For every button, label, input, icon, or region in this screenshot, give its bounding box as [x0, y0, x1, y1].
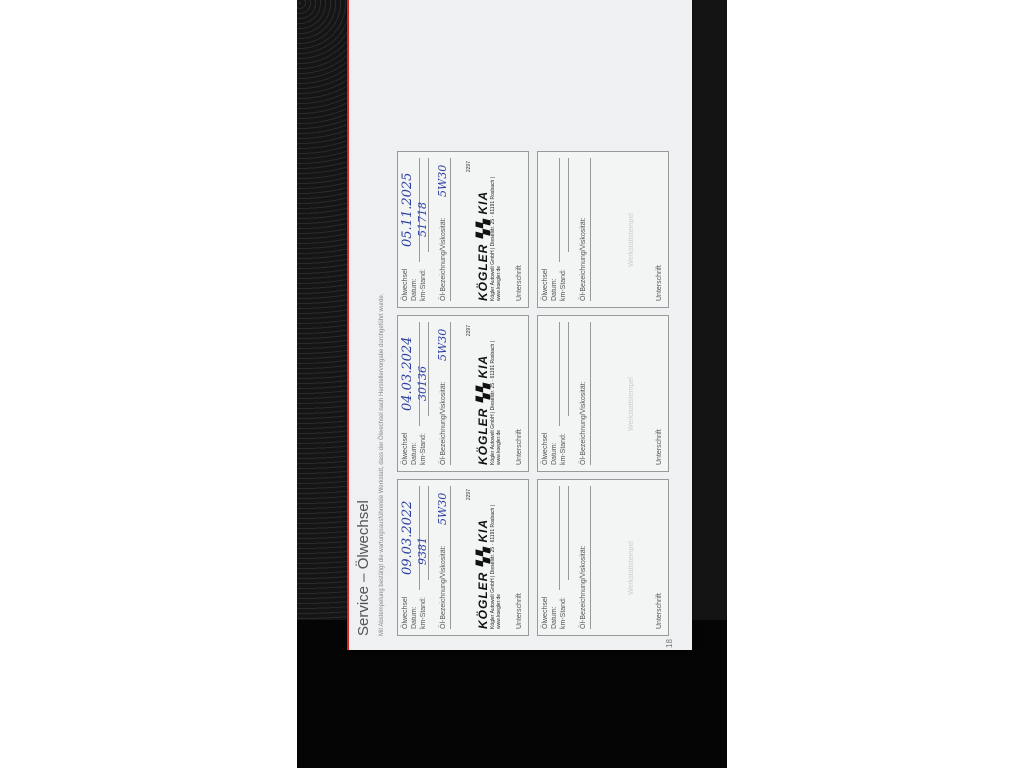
- date-label: Datum:: [551, 442, 558, 465]
- photo: Service – Ölwechsel Mit Abstempelung bes…: [297, 0, 727, 768]
- signature-label: Unterschrift: [656, 429, 663, 465]
- form-line: [590, 322, 591, 465]
- handwritten-oil: 5W30: [436, 329, 449, 361]
- oil-change-entry: ÖlwechselDatum:km-Stand:Öl-Bezeichnung/V…: [397, 479, 529, 636]
- stamp-number: 2297: [466, 489, 472, 500]
- entry-heading: Ölwechsel: [402, 597, 409, 629]
- signature-label: Unterschrift: [656, 593, 663, 629]
- oil-label: Öl-Bezeichnung/Viskosität:: [580, 381, 587, 465]
- form-line: [590, 486, 591, 629]
- entry-heading: Ölwechsel: [402, 433, 409, 465]
- date-label: Datum:: [551, 606, 558, 629]
- page-title: Service – Ölwechsel: [355, 500, 372, 636]
- handwritten-km: 30136: [416, 366, 429, 401]
- handwritten-km: 51718: [416, 202, 429, 237]
- stamp-placeholder: Werkstattstempel: [628, 213, 635, 267]
- form-line: [450, 158, 451, 301]
- form-line: [559, 158, 560, 262]
- signature-label: Unterschrift: [516, 429, 523, 465]
- handwritten-oil: 5W30: [436, 165, 449, 197]
- stamp-address: Kögler Autowelt GmbH | Dieselstr. 25 · 6…: [490, 161, 502, 301]
- service-booklet-page: Service – Ölwechsel Mit Abstempelung bes…: [347, 0, 692, 650]
- date-label: Datum:: [411, 442, 418, 465]
- oil-change-entry: ÖlwechselDatum:km-Stand:Öl-Bezeichnung/V…: [537, 151, 669, 308]
- km-label: km-Stand:: [560, 433, 567, 465]
- entry-heading: Ölwechsel: [542, 433, 549, 465]
- oil-label: Öl-Bezeichnung/Viskosität:: [440, 545, 447, 629]
- form-line: [590, 158, 591, 301]
- entry-heading: Ölwechsel: [542, 597, 549, 629]
- handwritten-date: 05.11.2025: [400, 173, 415, 247]
- date-label: Datum:: [411, 606, 418, 629]
- oil-label: Öl-Bezeichnung/Viskosität:: [440, 217, 447, 301]
- page-number: 18: [665, 639, 674, 648]
- km-label: km-Stand:: [420, 269, 427, 301]
- workshop-stamp: 2297KÖGLER ▚▚ KIAKögler Autowelt GmbH | …: [476, 325, 514, 465]
- handwritten-date: 09.03.2022: [400, 501, 415, 575]
- oil-change-entry: ÖlwechselDatum:km-Stand:Öl-Bezeichnung/V…: [397, 151, 529, 308]
- handwritten-km: 9381: [416, 537, 429, 565]
- stamp-logo: KÖGLER ▚▚ KIA: [476, 489, 490, 629]
- stamp-address: Kögler Autowelt GmbH | Dieselstr. 25 · 6…: [490, 489, 502, 629]
- km-label: km-Stand:: [560, 597, 567, 629]
- oil-change-entry: ÖlwechselDatum:km-Stand:Öl-Bezeichnung/V…: [537, 315, 669, 472]
- km-label: km-Stand:: [560, 269, 567, 301]
- signature-label: Unterschrift: [516, 265, 523, 301]
- stamp-logo: KÖGLER ▚▚ KIA: [476, 161, 490, 301]
- form-line: [568, 158, 569, 252]
- form-line: [559, 322, 560, 426]
- handwritten-oil: 5W30: [436, 493, 449, 525]
- oil-label: Öl-Bezeichnung/Viskosität:: [580, 545, 587, 629]
- km-label: km-Stand:: [420, 597, 427, 629]
- entry-heading: Ölwechsel: [542, 269, 549, 301]
- entry-heading: Ölwechsel: [402, 269, 409, 301]
- form-line: [450, 322, 451, 465]
- stamp-number: 2297: [466, 325, 472, 336]
- page-subtitle: Mit Abstempelung bestätigt die wartungsa…: [379, 294, 385, 636]
- form-line: [450, 486, 451, 629]
- workshop-stamp: 2297KÖGLER ▚▚ KIAKögler Autowelt GmbH | …: [476, 161, 514, 301]
- stamp-address: Kögler Autowelt GmbH | Dieselstr. 25 · 6…: [490, 325, 502, 465]
- form-line: [559, 486, 560, 590]
- oil-change-entry: ÖlwechselDatum:km-Stand:Öl-Bezeichnung/V…: [397, 315, 529, 472]
- handwritten-date: 04.03.2024: [400, 337, 415, 411]
- signature-label: Unterschrift: [516, 593, 523, 629]
- stamp-logo: KÖGLER ▚▚ KIA: [476, 325, 490, 465]
- workshop-stamp: 2297KÖGLER ▚▚ KIAKögler Autowelt GmbH | …: [476, 489, 514, 629]
- stamp-number: 2297: [466, 161, 472, 172]
- date-label: Datum:: [551, 278, 558, 301]
- oil-label: Öl-Bezeichnung/Viskosität:: [580, 217, 587, 301]
- date-label: Datum:: [411, 278, 418, 301]
- km-label: km-Stand:: [420, 433, 427, 465]
- form-line: [568, 486, 569, 580]
- form-line: [568, 322, 569, 416]
- stamp-placeholder: Werkstattstempel: [628, 541, 635, 595]
- stamp-placeholder: Werkstattstempel: [628, 377, 635, 431]
- form-line: [428, 486, 429, 580]
- signature-label: Unterschrift: [656, 265, 663, 301]
- oil-change-entry: ÖlwechselDatum:km-Stand:Öl-Bezeichnung/V…: [537, 479, 669, 636]
- accent-line: [347, 0, 349, 650]
- oil-label: Öl-Bezeichnung/Viskosität:: [440, 381, 447, 465]
